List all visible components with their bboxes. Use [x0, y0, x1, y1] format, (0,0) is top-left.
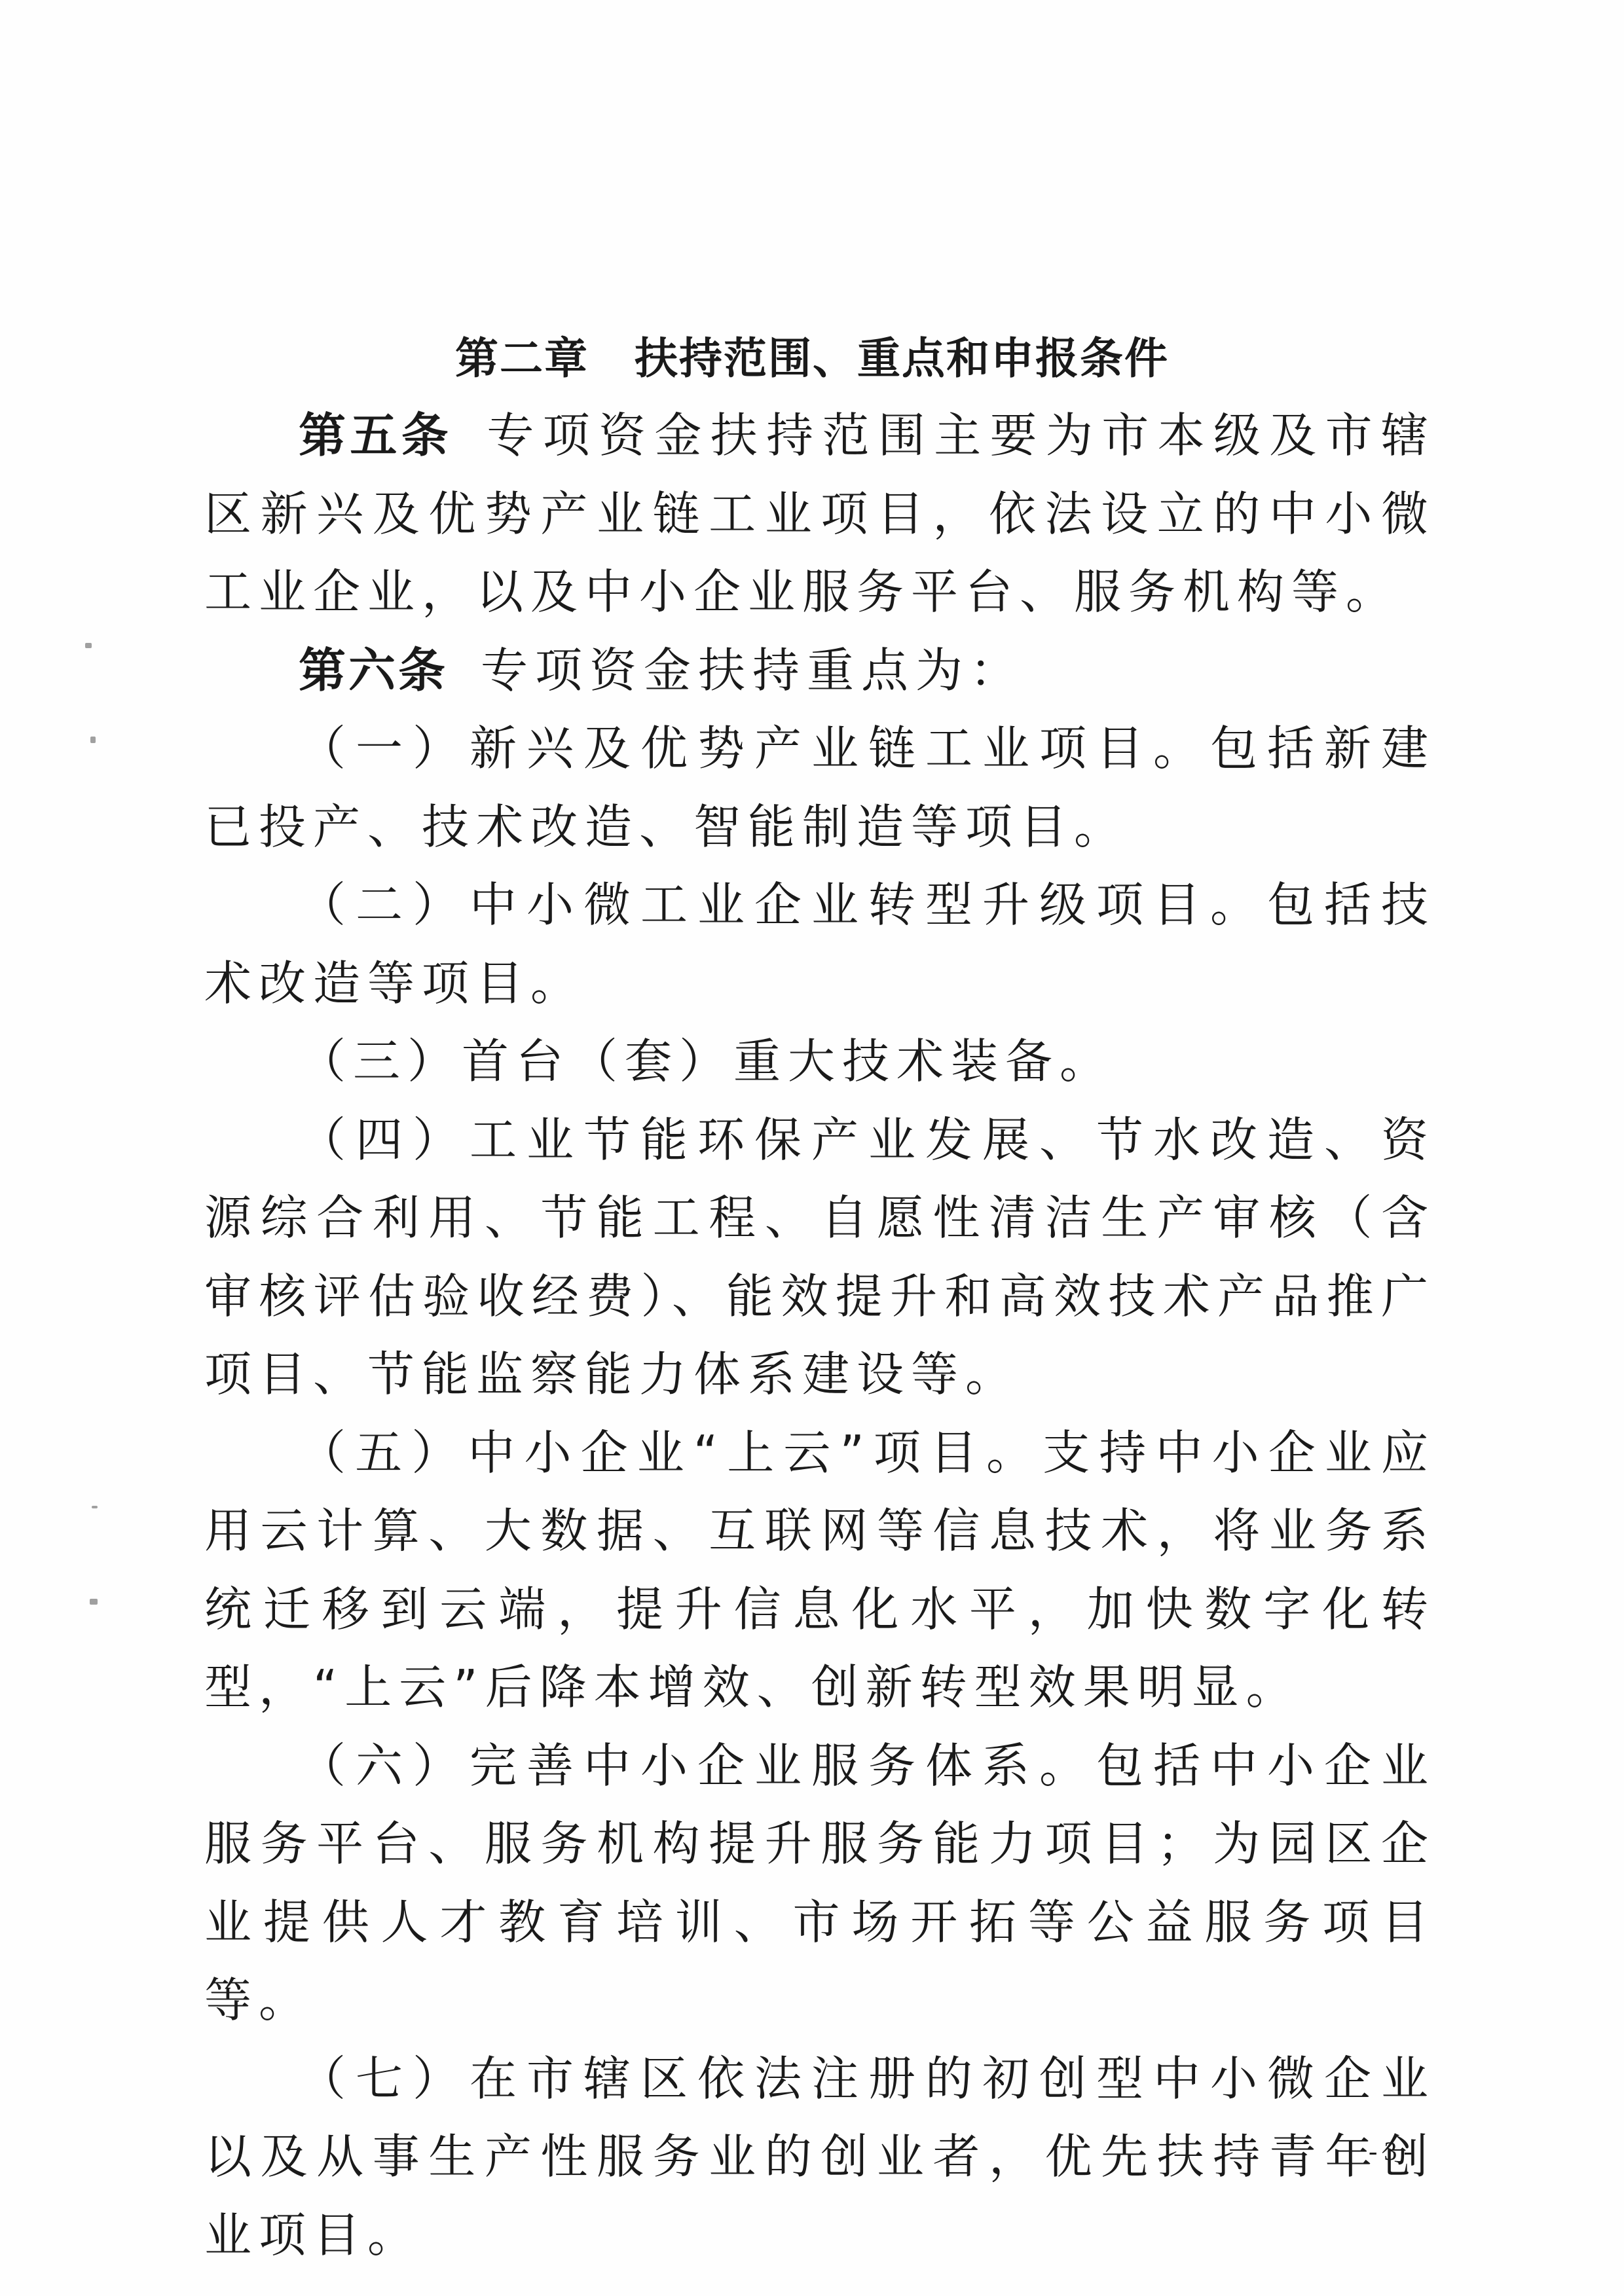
chapter-title: 第二章扶持范围、重点和申报条件 — [0, 319, 1624, 398]
scan-mark — [92, 1506, 98, 1508]
list-item-5: （五）中小企业“上云”项目。支持中小企业应用云计算、大数据、互联网等信息技术，将… — [204, 1414, 1435, 1727]
list-item-3: （三）首台（套）重大技术装备。 — [204, 1023, 1435, 1101]
list-item-2: （二）中小微工业企业转型升级项目。包括技术改造等项目。 — [204, 866, 1435, 1023]
article-6: 第六条专项资金扶持重点为： — [204, 632, 1435, 710]
scan-mark — [90, 1599, 98, 1605]
list-item-6: （六）完善中小企业服务体系。包括中小企业服务平台、服务机构提升服务能力项目；为园… — [204, 1727, 1435, 2040]
list-item-1: （一）新兴及优势产业链工业项目。包括新建已投产、技术改造、智能制造等项目。 — [204, 710, 1435, 866]
chapter-number: 第二章 — [455, 333, 589, 384]
chapter-title-text: 扶持范围、重点和申报条件 — [635, 333, 1169, 384]
scan-mark — [90, 737, 96, 743]
document-page: 第二章扶持范围、重点和申报条件 第五条专项资金扶持范围主要为市本级及市辖区新兴及… — [0, 0, 1624, 2296]
document-body: 第五条专项资金扶持范围主要为市本级及市辖区新兴及优势产业链工业项目，依法设立的中… — [204, 397, 1435, 2274]
article-label: 第六条 — [299, 643, 448, 698]
article-text: 专项资金扶持重点为： — [481, 643, 1024, 698]
page-number: - 3 - — [1369, 2136, 1412, 2166]
article-5: 第五条专项资金扶持范围主要为市本级及市辖区新兴及优势产业链工业项目，依法设立的中… — [204, 397, 1435, 632]
article-label: 第五条 — [299, 408, 452, 463]
scan-mark — [85, 643, 92, 648]
list-item-4: （四）工业节能环保产业发展、节水改造、资源综合利用、节能工程、自愿性清洁生产审核… — [204, 1101, 1435, 1414]
list-item-7: （七）在市辖区依法注册的初创型中小微企业以及从事生产性服务业的创业者，优先扶持青… — [204, 2040, 1435, 2275]
